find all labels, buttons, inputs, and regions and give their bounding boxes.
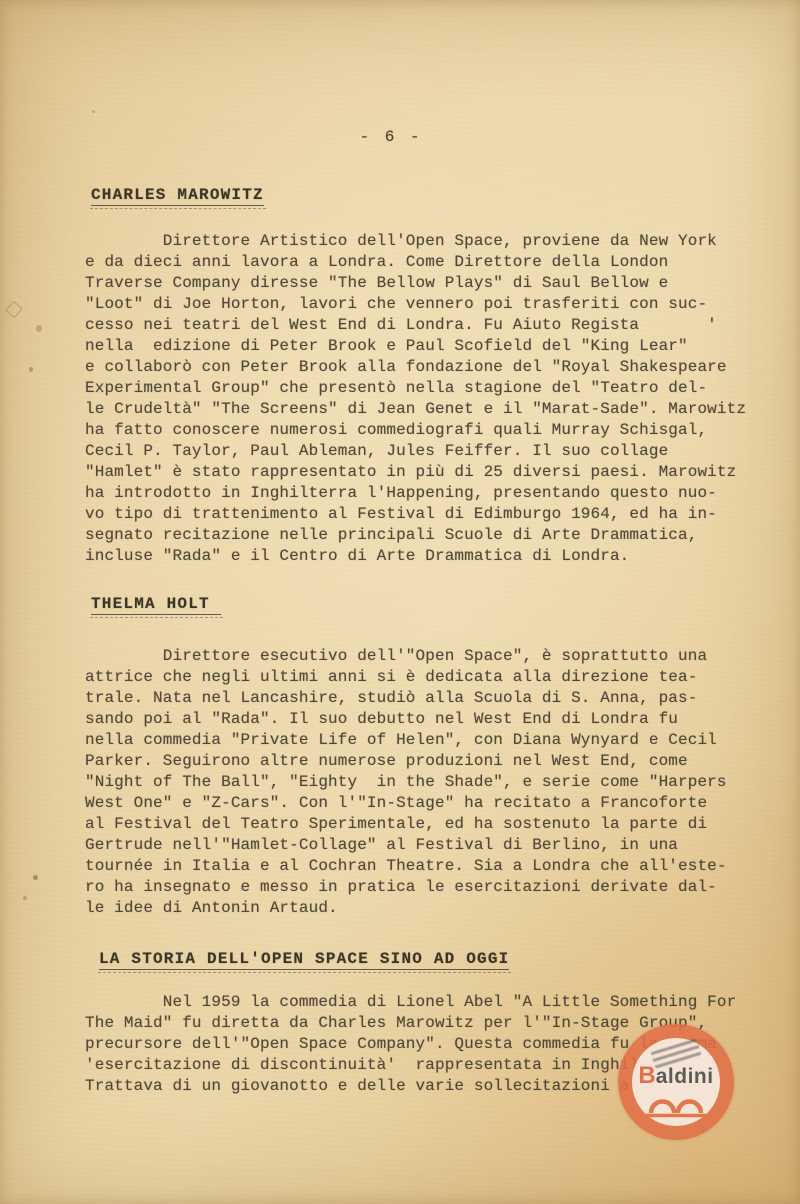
paper-blemish	[5, 301, 23, 319]
paper-speck	[33, 875, 38, 880]
page-number: - 6 -	[0, 128, 782, 146]
section-thelma-holt: THELMA HOLT Direttore esecutivo dell'"Op…	[85, 595, 765, 919]
paper-speck	[29, 367, 33, 372]
library-stamp: Baldini	[618, 1024, 734, 1140]
section-heading-text: THELMA HOLT	[91, 595, 221, 615]
section-heading-text: CHARLES MAROWITZ	[91, 186, 264, 206]
section-charles-marowitz: CHARLES MAROWITZ Direttore Artistico del…	[85, 186, 765, 567]
section-body: Direttore esecutivo dell'"Open Space", è…	[85, 646, 765, 919]
section-heading: LA STORIA DELL'OPEN SPACE SINO AD OGGI	[99, 950, 765, 970]
section-heading-text: LA STORIA DELL'OPEN SPACE SINO AD OGGI	[99, 950, 509, 970]
library-stamp-face: Baldini	[632, 1038, 720, 1126]
stamp-brand-name: Baldini	[638, 1064, 713, 1088]
section-heading: CHARLES MAROWITZ	[91, 186, 765, 206]
paper-speck	[92, 110, 95, 113]
section-heading: THELMA HOLT	[91, 595, 765, 615]
paper-speck	[36, 325, 42, 332]
section-body: Direttore Artistico dell'Open Space, pro…	[85, 231, 765, 567]
stamp-brand-rest: aldini	[656, 1065, 714, 1088]
scanned-document-page: - 6 - CHARLES MAROWITZ Direttore Artisti…	[0, 0, 800, 1204]
paper-speck	[23, 896, 27, 900]
open-book-icon	[644, 1091, 708, 1119]
stamp-brand-initial: B	[638, 1062, 655, 1089]
